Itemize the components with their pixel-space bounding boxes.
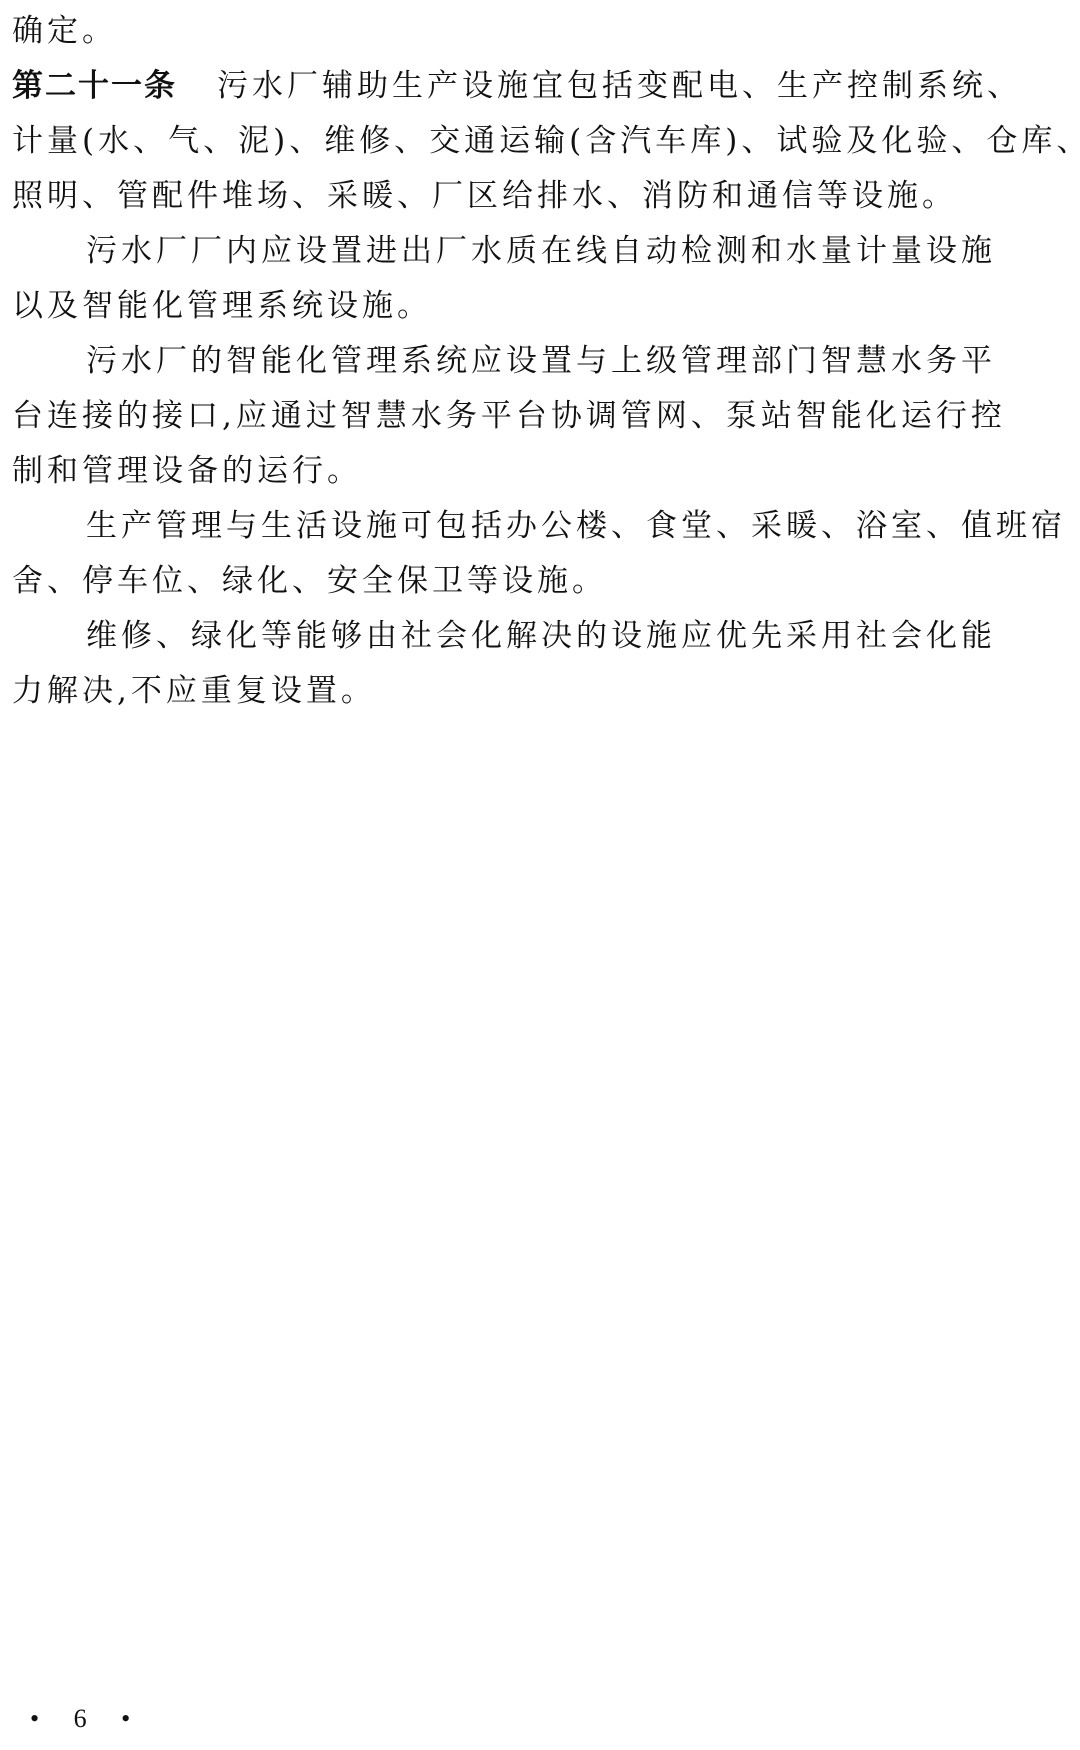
paragraph-line: 污水厂的智能化管理系统应设置与上级管理部门智慧水务平 bbox=[12, 334, 1072, 389]
article-text: 污水厂辅助生产设施宜包括变配电、生产控制系统、 bbox=[217, 68, 1022, 104]
paragraph-line: 污水厂厂内应设置进出厂水质在线自动检测和水量计量设施 bbox=[12, 224, 1072, 279]
paragraph-line: 维修、绿化等能够由社会化解决的设施应优先采用社会化能 bbox=[12, 609, 1072, 664]
paragraph-line: 照明、管配件堆场、采暖、厂区给排水、消防和通信等设施。 bbox=[12, 169, 1072, 224]
paragraph-line: 力解决,不应重复设置。 bbox=[12, 664, 1072, 719]
paragraph-line: 制和管理设备的运行。 bbox=[12, 444, 1072, 499]
page-number: • 6 • bbox=[30, 1704, 144, 1734]
document-body: 确定。 第二十一条污水厂辅助生产设施宜包括变配电、生产控制系统、 计量(水、气、… bbox=[12, 4, 1072, 719]
paragraph-line: 舍、停车位、绿化、安全保卫等设施。 bbox=[12, 554, 1072, 609]
paragraph-line: 计量(水、气、泥)、维修、交通运输(含汽车库)、试验及化验、仓库、 bbox=[12, 114, 1072, 169]
paragraph-line: 台连接的接口,应通过智慧水务平台协调管网、泵站智能化运行控 bbox=[12, 389, 1072, 444]
article-heading: 第二十一条 bbox=[12, 68, 177, 104]
paragraph-line: 以及智能化管理系统设施。 bbox=[12, 279, 1072, 334]
paragraph-line: 生产管理与生活设施可包括办公楼、食堂、采暖、浴室、值班宿 bbox=[12, 499, 1072, 554]
paragraph-line: 确定。 bbox=[12, 4, 1072, 59]
article-line: 第二十一条污水厂辅助生产设施宜包括变配电、生产控制系统、 bbox=[12, 59, 1072, 114]
